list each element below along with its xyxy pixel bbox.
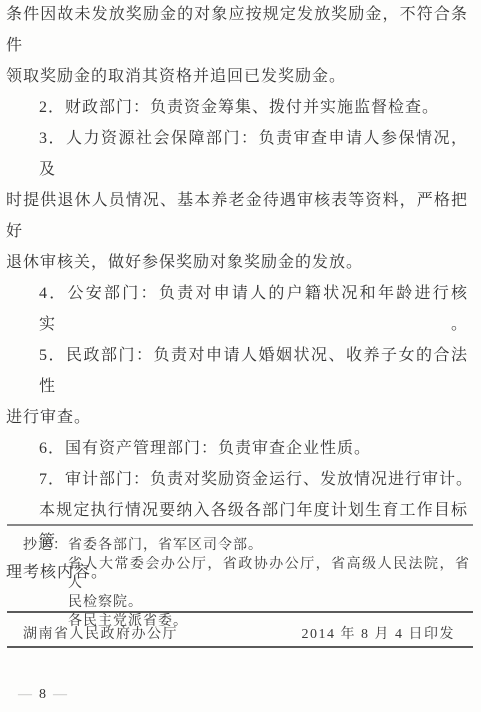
body-line-item-4: 4．公安部门：负责对申请人的户籍状况和年龄进行核实。: [6, 278, 468, 340]
document-body: 条件因故未发放奖励金的对象应按规定发放奖励金，不符合条件 领取奖励金的取消其资格…: [6, 0, 468, 588]
page-number-value: 8: [39, 687, 46, 703]
cc-line: 民检察院。: [23, 593, 470, 612]
publication-row: 湖南省人民政府办公厅 2014 年 8 月 4 日印发: [23, 620, 455, 646]
cc-line: 省人大常委会办公厅，省政协办公厅，省高级人民法院，省人: [23, 555, 470, 593]
page-number-dash-right: —: [53, 687, 67, 703]
body-line: 进行审查。: [6, 402, 468, 433]
body-line-item-3: 3．人力资源社会保障部门：负责审查申请人参保情况，及: [6, 123, 468, 185]
body-line-item-5: 5．民政部门：负责对申请人婚姻状况、收养子女的合法性: [6, 340, 468, 402]
print-date: 2014 年 8 月 4 日印发: [302, 623, 456, 643]
cc-label: 抄送：: [23, 538, 68, 553]
footer-separator-middle: [7, 611, 473, 613]
body-line: 领取奖励金的取消其资格并追回已发奖励金。: [6, 61, 468, 92]
cc-line: 抄送：省委各部门，省军区司令部。: [23, 536, 470, 555]
body-line: 条件因故未发放奖励金的对象应按规定发放奖励金，不符合条件: [6, 0, 468, 61]
page-number: — 8 —: [18, 687, 67, 703]
publisher-name: 湖南省人民政府办公厅: [23, 623, 178, 643]
footer-separator-top: [7, 524, 473, 526]
body-line: 退休审核关，做好参保奖励对象奖励金的发放。: [6, 247, 468, 278]
page-number-dash-left: —: [18, 687, 32, 703]
footer-separator-bottom: [7, 646, 473, 648]
document-page: 条件因故未发放奖励金的对象应按规定发放奖励金，不符合条件 领取奖励金的取消其资格…: [0, 0, 481, 712]
body-line: 时提供退休人员情况、基本养老金待遇审核表等资料，严格把好: [6, 185, 468, 247]
body-line-item-2: 2．财政部门：负责资金筹集、拨付并实施监督检查。: [6, 92, 468, 123]
cc-text: 省委各部门，省军区司令部。: [68, 538, 263, 553]
carbon-copy-section: 抄送：省委各部门，省军区司令部。 省人大常委会办公厅，省政协办公厅，省高级人民法…: [23, 536, 470, 631]
body-line-item-7: 7．审计部门：负责对奖励资金运行、发放情况进行审计。: [6, 464, 468, 495]
body-line-item-6: 6．国有资产管理部门：负责审查企业性质。: [6, 433, 468, 464]
